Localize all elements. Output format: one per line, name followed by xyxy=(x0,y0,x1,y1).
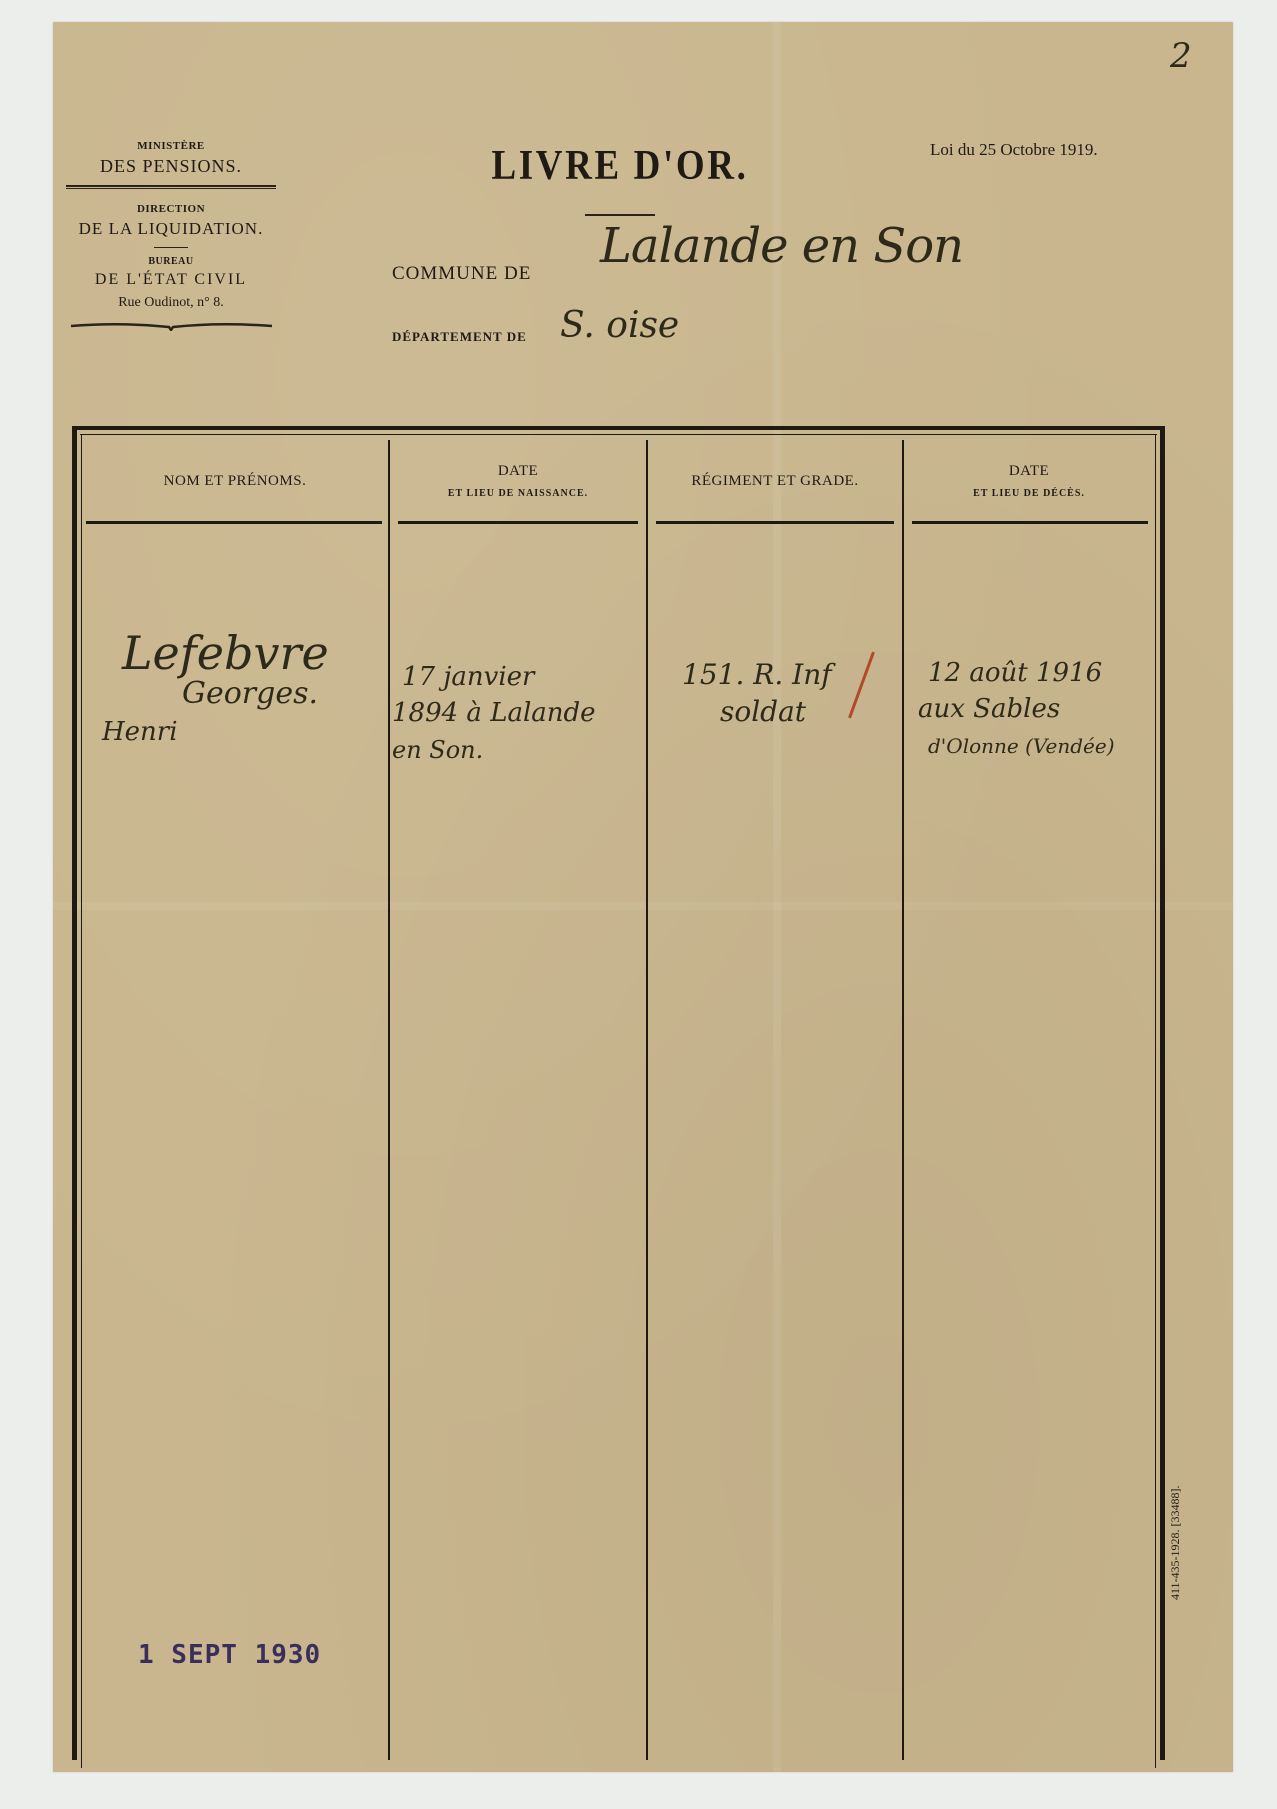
printer-mark: 411-435-1928. [33488]. xyxy=(1168,1485,1183,1600)
register-table: NOM ET PRÉNOMS. DATE ET LIEU DE NAISSANC… xyxy=(72,426,1165,1760)
direction-name: DE LA LIQUIDATION. xyxy=(66,219,276,239)
table-row-birth: 17 janvier 1894 à Lalande en Son. xyxy=(392,662,596,764)
column-header-death: DATE ET LIEU DE DÉCÈS. xyxy=(904,436,1154,526)
commune-value: Lalande en Son xyxy=(600,218,963,274)
table-border xyxy=(81,434,82,1768)
column-divider xyxy=(388,440,390,1760)
table-border xyxy=(72,426,77,1760)
commune-label: COMMUNE DE xyxy=(392,263,531,285)
column-divider xyxy=(902,440,904,1760)
bureau-name: DE L'ÉTAT CIVIL xyxy=(66,271,276,289)
table-border xyxy=(80,434,1157,435)
ministry-label: MINISTÈRE xyxy=(66,140,276,152)
page-number: 2 xyxy=(1170,36,1192,76)
table-border xyxy=(1155,434,1156,1768)
table-row-regiment: 151. R. Inf soldat xyxy=(682,658,832,728)
column-divider xyxy=(646,440,648,1760)
table-row-name: Lefebvre Georges. Henri xyxy=(102,626,329,747)
column-header-regiment: RÉGIMENT ET GRADE. xyxy=(648,436,902,526)
table-border xyxy=(72,426,1165,430)
short-rule xyxy=(154,247,188,248)
swash-ornament xyxy=(69,321,274,331)
header-rule xyxy=(656,521,894,524)
table-row-death: 12 août 1916 aux Sables d'Olonne (Vendée… xyxy=(918,658,1115,758)
date-stamp: 1 SEPT 1930 xyxy=(138,1640,321,1670)
column-header-name: NOM ET PRÉNOMS. xyxy=(82,436,388,526)
law-reference: Loi du 25 Octobre 1919. xyxy=(930,140,1098,160)
page-title: LIVRE D'OR. xyxy=(453,142,787,190)
department-label: DÉPARTEMENT DE xyxy=(392,329,527,345)
ministry-block: MINISTÈRE DES PENSIONS. DIRECTION DE LA … xyxy=(66,140,276,336)
header-rule xyxy=(398,521,638,524)
header-rule xyxy=(86,521,382,524)
table-border xyxy=(1160,426,1165,1760)
header-rule xyxy=(912,521,1148,524)
title-rule xyxy=(585,214,655,216)
address: Rue Oudinot, n° 8. xyxy=(66,295,276,311)
double-rule xyxy=(66,185,276,189)
department-value: S. oise xyxy=(560,305,679,346)
direction-label: DIRECTION xyxy=(66,203,276,215)
ministry-name: DES PENSIONS. xyxy=(66,156,276,177)
bureau-label: BUREAU xyxy=(66,256,276,267)
column-header-birth: DATE ET LIEU DE NAISSANCE. xyxy=(390,436,646,526)
